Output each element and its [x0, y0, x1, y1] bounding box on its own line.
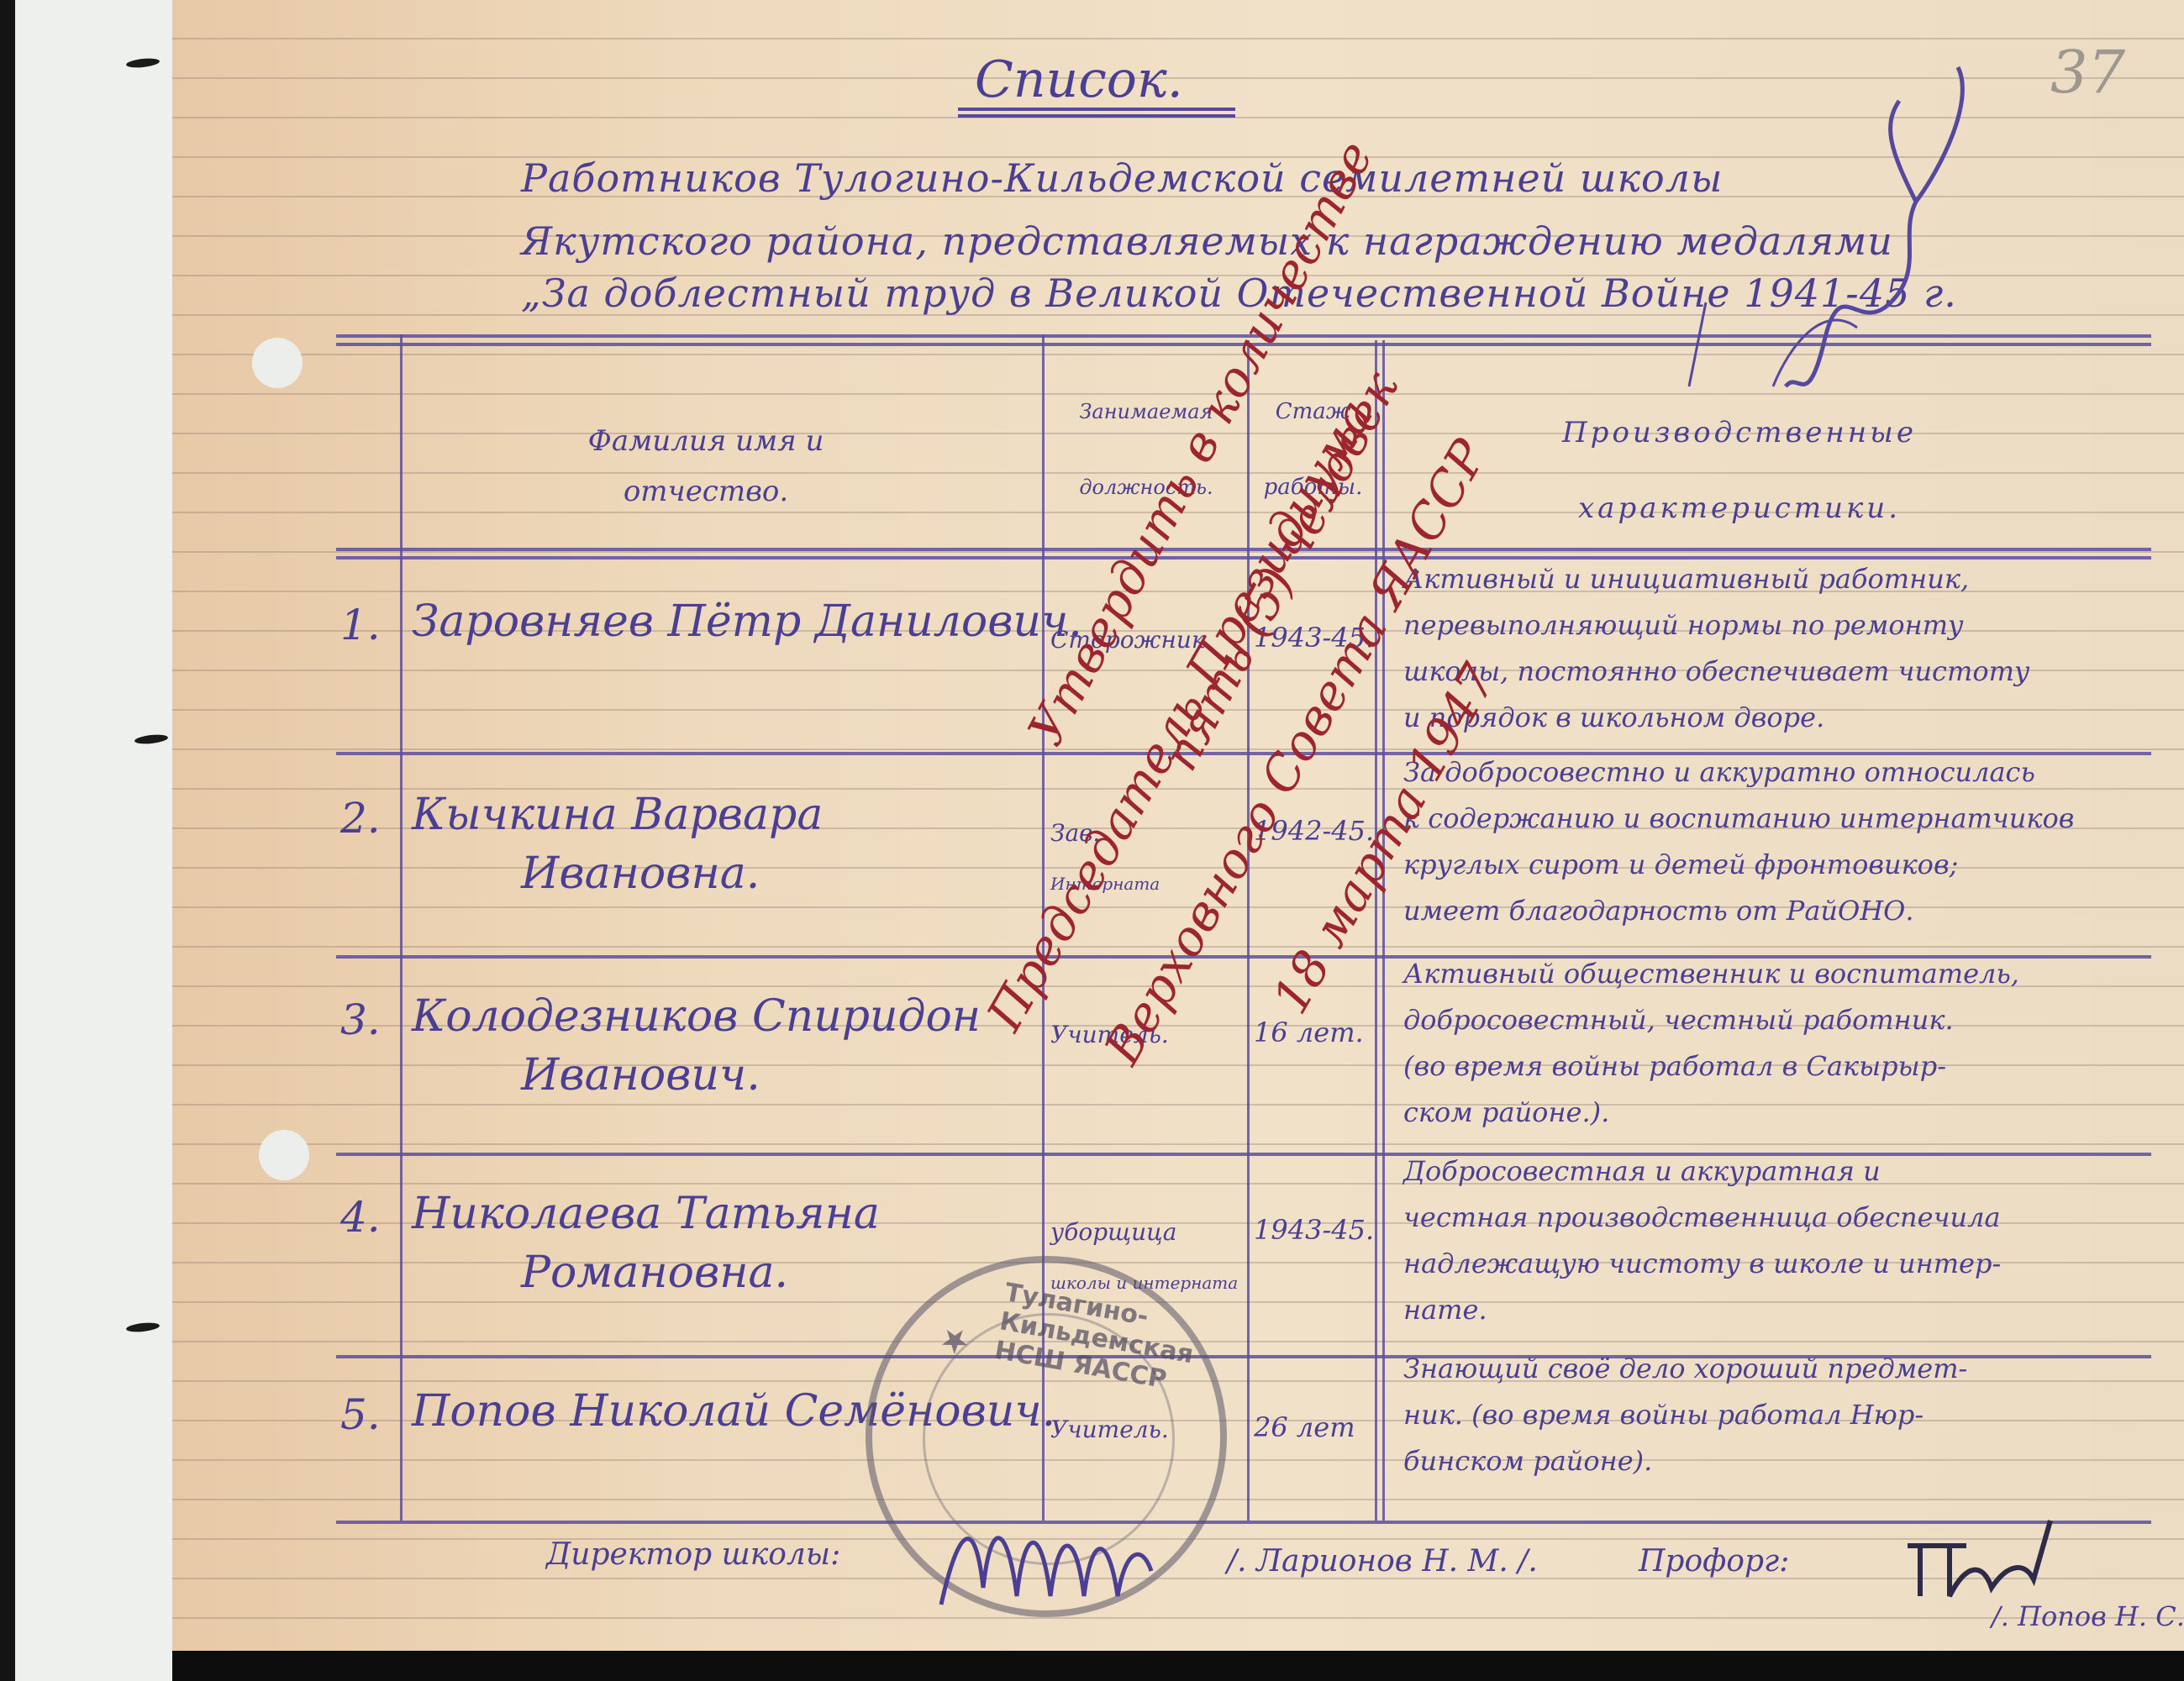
employee-name: Николаева Татьяна: [412, 1189, 880, 1239]
director-signature: [924, 1479, 1202, 1647]
characteristic-line: ском районе.).: [1403, 1096, 1609, 1128]
resolution-signature: [1639, 50, 2017, 428]
proforg-signature: [1899, 1512, 2067, 1613]
column-rule: [400, 334, 403, 1521]
document-title: Список.: [975, 50, 1183, 109]
characteristic-line: добросовестный, честный работник.: [1403, 1004, 1954, 1036]
archive-number: 37: [2050, 38, 2125, 107]
characteristic-line: к содержанию и воспитанию интернатчиков: [1403, 802, 2074, 834]
characteristic-line: надлежащую чистоту в школе и интер-: [1403, 1248, 2001, 1279]
backing-sheet: [15, 0, 175, 1681]
employee-name: Кычкина Варвара: [412, 790, 823, 840]
characteristic-line: бинском районе).: [1403, 1445, 1652, 1477]
row-number: 3.: [340, 995, 381, 1044]
punch-hole: [252, 338, 303, 388]
row-number: 1.: [340, 601, 381, 649]
characteristic-line: Добросовестная и аккуратная и: [1403, 1155, 1881, 1187]
employee-position: уборщица: [1050, 1218, 1176, 1246]
heading-line-1: Работников Тулогино-Кильдемской семилетн…: [521, 155, 1723, 201]
characteristic-line: Активный общественник и воспитатель,: [1403, 958, 2019, 990]
employee-name-line2: Ивановна.: [521, 848, 760, 899]
characteristic-line: Знающий своё дело хороший предмет-: [1403, 1353, 1967, 1384]
characteristic-line: За добросовестно и аккуратно относилась: [1403, 756, 2035, 788]
row-rule: [336, 752, 2151, 755]
employee-tenure: 26 лет: [1254, 1411, 1355, 1443]
proforg-label: Профорг:: [1639, 1544, 1789, 1579]
row-number: 4.: [340, 1193, 381, 1242]
employee-name: Заровняев Пётр Данилович.: [412, 596, 1082, 647]
row-number: 5.: [340, 1390, 381, 1439]
column-rule: [1375, 340, 1377, 1521]
punch-hole: [259, 1130, 309, 1180]
characteristic-line: ник. (во время войны работал Нюр-: [1403, 1399, 1923, 1431]
characteristic-line: имеет благодарность от РайОНО.: [1403, 895, 1914, 927]
characteristic-line: круглых сирот и детей фронтовиков;: [1403, 848, 1958, 880]
column-rule: [1382, 340, 1385, 1521]
title-underline: [958, 114, 1235, 118]
employee-name-line2: Романовна.: [521, 1248, 788, 1298]
column-rule: [1247, 340, 1250, 1521]
characteristic-line: честная производственница обеспечила: [1403, 1201, 2001, 1233]
characteristic-line: Активный и инициативный работник,: [1403, 563, 1969, 595]
characteristic-line: перевыполняющий нормы по ремонту: [1403, 609, 1964, 641]
employee-tenure: 1943-45.: [1254, 1214, 1374, 1246]
row-number: 2.: [340, 794, 381, 843]
employee-name-line2: Иванович.: [521, 1050, 760, 1101]
table-bottom-rule: [336, 1521, 2151, 1524]
director-label: Директор школы:: [546, 1537, 840, 1572]
characteristic-line: нате.: [1403, 1294, 1487, 1326]
characteristic-line: (во время войны работал в Сакырыр-: [1403, 1050, 1946, 1082]
header-name: Фамилия имя и отчество.: [504, 416, 908, 517]
scan-bottom-edge: [172, 1651, 2184, 1681]
proforg-name: /. Попов Н. С. /.: [1992, 1600, 2184, 1632]
director-name: /. Ларионов Н. М. /.: [1227, 1544, 1538, 1579]
title-underline: [958, 108, 1235, 111]
employee-name: Колодезников Спиридон: [412, 991, 981, 1042]
